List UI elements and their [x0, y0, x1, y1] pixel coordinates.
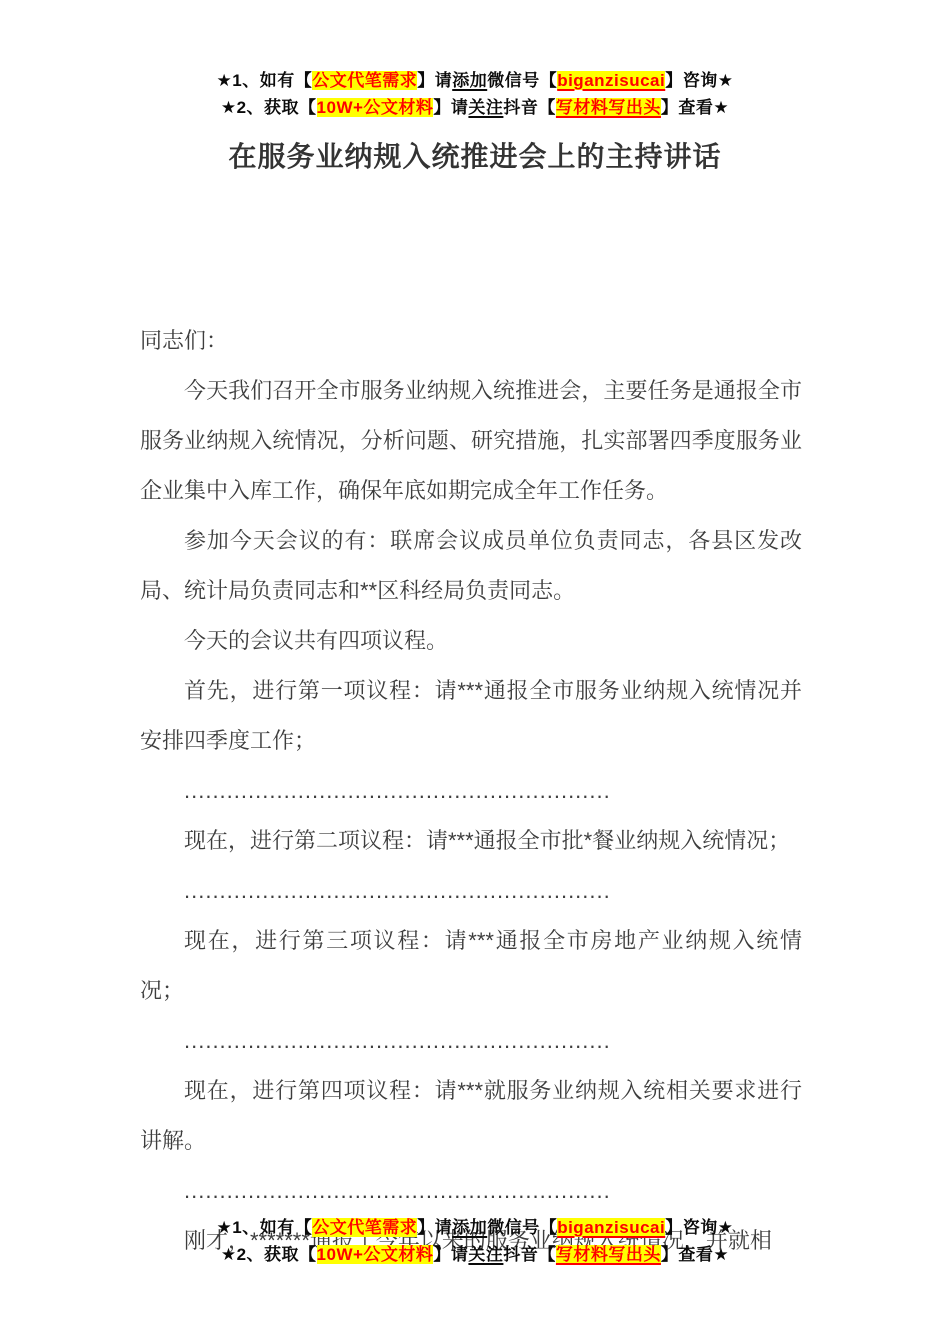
- promo-text: ★2、获取【: [221, 98, 317, 117]
- document-title: 在服务业纳规入统推进会上的主持讲话: [0, 138, 950, 176]
- dotted-separator: ........................................…: [140, 866, 802, 916]
- promo-underline-text: 添加: [452, 71, 487, 90]
- promo-douyin-id: 写材料写出头: [556, 1245, 661, 1264]
- promo-text: 微信号【: [487, 71, 557, 90]
- promo-underline-text: 添加: [452, 1218, 487, 1237]
- dotted-separator: ........................................…: [140, 1016, 802, 1066]
- paragraph: 现在，进行第四项议程：请***就服务业纳规入统相关要求进行讲解。: [140, 1066, 802, 1166]
- promo-wechat-id: biganzisucai: [557, 1218, 665, 1237]
- promo-text: 】查看★: [661, 1245, 729, 1264]
- paragraph: 首先，进行第一项议程：请***通报全市服务业纳规入统情况并安排四季度工作；: [140, 666, 802, 766]
- promo-banner-top: ★1、如有【公文代笔需求】请添加微信号【biganzisucai】咨询★ ★2、…: [0, 0, 950, 121]
- paragraph: 今天我们召开全市服务业纳规入统推进会，主要任务是通报全市服务业纳规入统情况，分析…: [140, 366, 802, 516]
- promo-text: 】请: [433, 1245, 468, 1264]
- promo-text: 】请: [417, 71, 452, 90]
- promo-banner-bottom: ★1、如有【公文代笔需求】请添加微信号【biganzisucai】咨询★ ★2、…: [0, 1214, 950, 1268]
- dotted-separator: ........................................…: [140, 766, 802, 816]
- promo-text: 】咨询★: [665, 1218, 733, 1237]
- promo-text: 微信号【: [487, 1218, 557, 1237]
- dotted-separator: ........................................…: [140, 1166, 802, 1216]
- promo-text: ★1、如有【: [217, 1218, 313, 1237]
- promo-text: ★1、如有【: [217, 71, 313, 90]
- promo-text: 】查看★: [661, 98, 729, 117]
- paragraph: 今天的会议共有四项议程。: [140, 616, 802, 666]
- paragraph: 参加今天会议的有：联席会议成员单位负责同志，各县区发改局、统计局负责同志和**区…: [140, 516, 802, 616]
- document-body: 同志们： 今天我们召开全市服务业纳规入统推进会，主要任务是通报全市服务业纳规入统…: [140, 316, 802, 1266]
- promo-text: ★2、获取【: [221, 1245, 317, 1264]
- promo-douyin-id: 写材料写出头: [556, 98, 661, 117]
- promo-highlight-text: 10W+公文材料: [317, 98, 434, 117]
- promo-text: 抖音【: [503, 98, 556, 117]
- paragraph: 现在，进行第二项议程：请***通报全市批*餐业纳规入统情况；: [140, 816, 802, 866]
- promo-bottom-line-2: ★2、获取【10W+公文材料】请关注抖音【写材料写出头】查看★: [0, 1241, 950, 1268]
- promo-top-line-2: ★2、获取【10W+公文材料】请关注抖音【写材料写出头】查看★: [0, 94, 950, 121]
- promo-text: 】请: [433, 98, 468, 117]
- promo-highlight-text: 公文代笔需求: [312, 71, 417, 90]
- promo-highlight-text: 公文代笔需求: [312, 1218, 417, 1237]
- promo-highlight-text: 10W+公文材料: [317, 1245, 434, 1264]
- promo-top-line-1: ★1、如有【公文代笔需求】请添加微信号【biganzisucai】咨询★: [0, 67, 950, 94]
- paragraph: 现在，进行第三项议程：请***通报全市房地产业纳规入统情况；: [140, 916, 802, 1016]
- promo-text: 】咨询★: [665, 71, 733, 90]
- promo-bottom-line-1: ★1、如有【公文代笔需求】请添加微信号【biganzisucai】咨询★: [0, 1214, 950, 1241]
- promo-wechat-id: biganzisucai: [557, 71, 665, 90]
- document-page: ★1、如有【公文代笔需求】请添加微信号【biganzisucai】咨询★ ★2、…: [0, 0, 950, 176]
- promo-text: 抖音【: [503, 1245, 556, 1264]
- paragraph-salutation: 同志们：: [140, 316, 802, 366]
- promo-underline-text: 关注: [468, 98, 503, 117]
- promo-underline-text: 关注: [468, 1245, 503, 1264]
- promo-text: 】请: [417, 1218, 452, 1237]
